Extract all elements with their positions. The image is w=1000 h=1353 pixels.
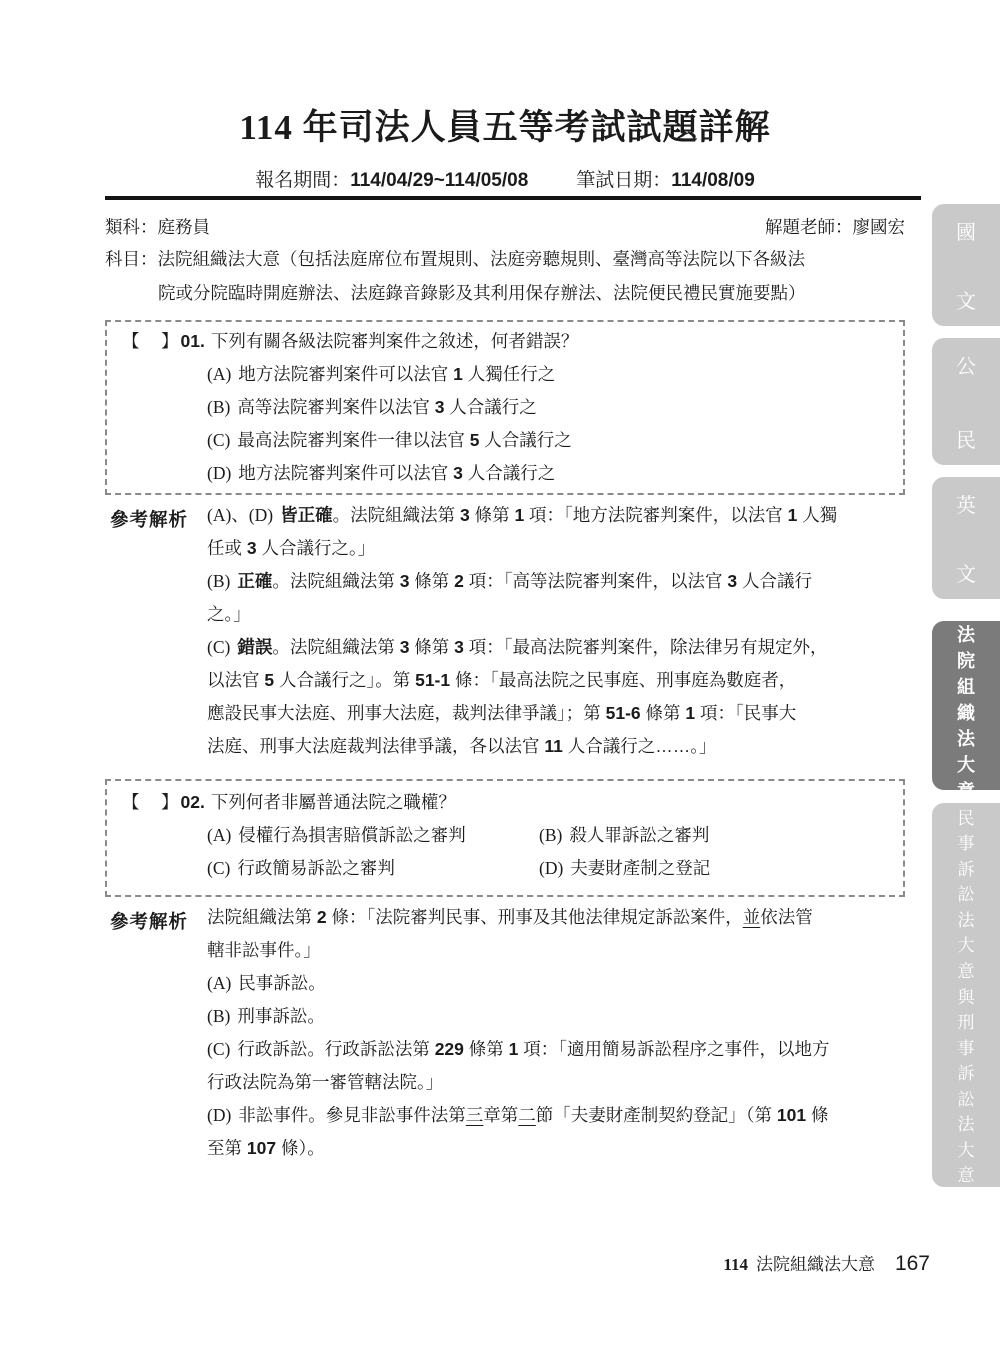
- footer-page-number: 167: [895, 1252, 930, 1275]
- option-row: (A)侵權行為損害賠償訴訟之審判 (B)殺人罪訴訟之審判: [207, 819, 903, 852]
- option-row: (C)最高法院審判案件一律以法官 5 人合議行之: [207, 424, 903, 457]
- question-box-1: 【 】01.下列有關各級法院審判案件之敘述，何者錯誤？ (A)地方法院審判案件可…: [105, 320, 905, 495]
- line-marker: (B): [207, 1006, 230, 1026]
- line-text: 以法官 5 人合議行之」。第 51-1 條：「最高法院之民事庭、刑事庭為數庭者，: [207, 670, 796, 690]
- line-text: 應設民事大法庭、刑事大法庭，裁判法律爭議」；第 51-6 條第 1 項：「民事大: [207, 703, 796, 723]
- option-marker: (C): [207, 858, 230, 878]
- page-title: 114 年司法人員五等考試試題詳解: [105, 100, 905, 150]
- analysis-line: 之。」: [207, 598, 910, 631]
- question-1-options: (A)地方法院審判案件可以法官 1 人獨任行之 (B)高等法院審判案件以法官 3…: [122, 358, 903, 490]
- analysis-line: (A)、(D)皆正確。法院組織法第 3 條第 1 項：「地方法院審判案件，以法官…: [207, 499, 910, 532]
- analysis-lines: (A)、(D)皆正確。法院組織法第 3 條第 1 項：「地方法院審判案件，以法官…: [207, 499, 910, 763]
- analysis-lines: 法院組織法第 2 條：「法院審判民事、刑事及其他法律規定訴訟案件，並依法管 轄非…: [207, 901, 910, 1165]
- line-text: 至第 107 條）。: [207, 1138, 325, 1158]
- line-text: 章第: [483, 1105, 518, 1125]
- line-text: 非訟事件。參見非訟事件法第: [238, 1105, 466, 1125]
- question-box-2: 【 】02.下列何者非屬普通法院之職權？ (A)侵權行為損害賠償訴訟之審判 (B…: [105, 779, 905, 897]
- footer-year: 114: [723, 1255, 748, 1274]
- option-row: (C)行政簡易訴訟之審判 (D)夫妻財產制之登記: [207, 852, 903, 885]
- analysis-label: 參考解析: [110, 905, 188, 938]
- verdict-text: 錯誤: [237, 637, 272, 657]
- tab-label: 民事訴訟法大意與刑事訴訟法大意: [932, 803, 1000, 1187]
- option-cell: (A)侵權行為損害賠償訴訟之審判: [207, 819, 539, 852]
- analysis-line: 任或 3 人合議行之。」: [207, 532, 910, 565]
- line-text: 刑事訴訟。: [237, 1006, 325, 1026]
- answer-bracket: 【 】: [122, 792, 181, 812]
- tab-label: 英文: [932, 477, 1000, 599]
- line-text: 依法管: [760, 907, 813, 927]
- option-cell: (D)夫妻財產制之登記: [539, 852, 710, 885]
- analysis-label: 參考解析: [110, 503, 188, 536]
- verdict-text: 皆正確: [280, 505, 333, 525]
- analysis-line: (C)錯誤。法院組織法第 3 條第 3 項：「最高法院審判案件，除法律另有規定外…: [207, 631, 910, 664]
- underlined-text: 三: [466, 1105, 484, 1125]
- option-marker: (B): [539, 825, 562, 845]
- exam-dates-line: 報名期間：114/04/29~114/05/08 筆試日期：114/08/09: [105, 165, 905, 192]
- line-text: 。法院組織法第 3 條第 3 項：「最高法院審判案件，除法律另有規定外，: [272, 637, 827, 657]
- option-marker: (D): [539, 858, 563, 878]
- book-page: 114 年司法人員五等考試試題詳解 報名期間：114/04/29~114/05/…: [0, 0, 1000, 1353]
- question-number: 02.: [181, 792, 205, 812]
- analysis-line: 至第 107 條）。: [207, 1132, 910, 1165]
- page-footer: 114法院組織法大意167: [105, 1250, 930, 1276]
- option-text: 侵權行為損害賠償訴訟之審判: [238, 825, 466, 845]
- option-row: (A)地方法院審判案件可以法官 1 人獨任行之: [207, 358, 903, 391]
- teacher-label: 解題老師：廖國宏: [765, 212, 905, 242]
- line-marker: (D): [207, 1105, 231, 1125]
- option-text: 最高法院審判案件一律以法官 5 人合議行之: [237, 430, 571, 450]
- option-marker: (A): [207, 825, 231, 845]
- subject-text-1: 法院組織法大意（包括法庭席位布置規則、法庭旁聽規則、臺灣高等法院以下各級法: [158, 249, 806, 269]
- line-marker: (B): [207, 571, 230, 591]
- tab-english: 英文: [932, 477, 1000, 599]
- option-text: 行政簡易訴訟之審判: [237, 858, 395, 878]
- analysis-block-1: 參考解析 (A)、(D)皆正確。法院組織法第 3 條第 1 項：「地方法院審判案…: [110, 499, 910, 763]
- analysis-line: (B)正確。法院組織法第 3 條第 2 項：「高等法院審判案件，以法官 3 人合…: [207, 565, 910, 598]
- line-text: 任或 3 人合議行之。」: [207, 538, 375, 558]
- line-marker: (A): [207, 973, 231, 993]
- tab-civil-criminal-procedure: 民事訴訟法大意與刑事訴訟法大意: [932, 803, 1000, 1187]
- line-text: 法院組織法第 2 條：「法院審判民事、刑事及其他法律規定訴訟案件，: [207, 907, 743, 927]
- option-marker: (A): [207, 364, 231, 384]
- underlined-text: 並: [743, 907, 761, 927]
- tab-chinese: 國文: [932, 204, 1000, 326]
- line-text: 。法院組織法第 3 條第 1 項：「地方法院審判案件，以法官 1 人獨: [333, 505, 838, 525]
- tab-label: 法院組織法大意: [932, 621, 1000, 790]
- tab-court-organization-act: 法院組織法大意: [932, 621, 1000, 790]
- header-rule: [105, 196, 921, 200]
- line-text: 法庭、刑事大法庭裁判法律爭議，各以法官 11 人合議行之……。」: [207, 736, 717, 756]
- question-text: 下列有關各級法院審判案件之敘述，何者錯誤？: [211, 331, 579, 351]
- option-cell: (B)殺人罪訴訟之審判: [539, 819, 709, 852]
- subject-block: 科目：法院組織法大意（包括法庭席位布置規則、法庭旁聽規則、臺灣高等法院以下各級法…: [105, 242, 925, 310]
- analysis-line: (B)刑事訴訟。: [207, 1000, 910, 1033]
- line-text: 節「夫妻財產制契約登記」（第 101 條: [536, 1105, 829, 1125]
- option-row: (D)地方法院審判案件可以法官 3 人合議行之: [207, 457, 903, 490]
- exam-date: 筆試日期：114/08/09: [576, 165, 755, 192]
- category-label: 類科：庭務員: [105, 212, 210, 242]
- analysis-line: 以法官 5 人合議行之」。第 51-1 條：「最高法院之民事庭、刑事庭為數庭者，: [207, 664, 910, 697]
- line-marker: (C): [207, 637, 230, 657]
- analysis-line: (D)非訟事件。參見非訟事件法第三章第二節「夫妻財產制契約登記」（第 101 條: [207, 1099, 910, 1132]
- line-text: 民事訴訟。: [238, 973, 326, 993]
- underlined-text: 二: [518, 1105, 536, 1125]
- option-marker: (D): [207, 463, 231, 483]
- line-marker: (A)、(D): [207, 505, 273, 525]
- option-text: 夫妻財產制之登記: [570, 858, 710, 878]
- question-2-header: 【 】02.下列何者非屬普通法院之職權？: [122, 786, 903, 819]
- option-row: (B)高等法院審判案件以法官 3 人合議行之: [207, 391, 903, 424]
- option-text: 地方法院審判案件可以法官 3 人合議行之: [238, 463, 555, 483]
- option-marker: (C): [207, 430, 230, 450]
- analysis-line: 應設民事大法庭、刑事大法庭，裁判法律爭議」；第 51-6 條第 1 項：「民事大: [207, 697, 910, 730]
- verdict-text: 正確: [237, 571, 272, 591]
- analysis-line: 法庭、刑事大法庭裁判法律爭議，各以法官 11 人合議行之……。」: [207, 730, 910, 763]
- analysis-line: (A)民事訴訟。: [207, 967, 910, 1000]
- line-text: 行政訴訟。行政訴訟法第 229 條第 1 項：「適用簡易訴訟程序之事件，以地方: [237, 1039, 829, 1059]
- tab-label: 公民: [932, 338, 1000, 465]
- subject-line-2: 院或分院臨時開庭辦法、法庭錄音錄影及其利用保存辦法、法院便民禮民實施要點）: [105, 276, 925, 310]
- answer-bracket: 【 】: [122, 331, 181, 351]
- registration-period: 報名期間：114/04/29~114/05/08: [255, 165, 528, 192]
- subject-line-1: 科目：法院組織法大意（包括法庭席位布置規則、法庭旁聽規則、臺灣高等法院以下各級法: [105, 242, 925, 276]
- option-cell: (C)行政簡易訴訟之審判: [207, 852, 539, 885]
- option-text: 地方法院審判案件可以法官 1 人獨任行之: [238, 364, 555, 384]
- question-1-header: 【 】01.下列有關各級法院審判案件之敘述，何者錯誤？: [122, 325, 903, 358]
- analysis-line: (C)行政訴訟。行政訴訟法第 229 條第 1 項：「適用簡易訴訟程序之事件，以…: [207, 1033, 910, 1066]
- footer-subject: 法院組織法大意: [756, 1255, 875, 1274]
- line-text: 行政法院為第一審管轄法院。」: [207, 1072, 443, 1092]
- subject-label: 科目：: [105, 249, 158, 269]
- question-2-options: (A)侵權行為損害賠償訴訟之審判 (B)殺人罪訴訟之審判 (C)行政簡易訴訟之審…: [122, 819, 903, 885]
- option-text: 殺人罪訴訟之審判: [569, 825, 709, 845]
- analysis-line: 轄非訟事件。」: [207, 934, 910, 967]
- question-number: 01.: [181, 331, 205, 351]
- question-text: 下列何者非屬普通法院之職權？: [211, 792, 456, 812]
- option-text: 高等法院審判案件以法官 3 人合議行之: [237, 397, 536, 417]
- option-marker: (B): [207, 397, 230, 417]
- meta-row: 類科：庭務員 解題老師：廖國宏: [105, 212, 905, 242]
- tab-civics: 公民: [932, 338, 1000, 465]
- analysis-line: 法院組織法第 2 條：「法院審判民事、刑事及其他法律規定訴訟案件，並依法管: [207, 901, 910, 934]
- line-marker: (C): [207, 1039, 230, 1059]
- tab-label: 國文: [932, 204, 1000, 326]
- analysis-line: 行政法院為第一審管轄法院。」: [207, 1066, 910, 1099]
- line-text: 。法院組織法第 3 條第 2 項：「高等法院審判案件，以法官 3 人合議行: [272, 571, 812, 591]
- line-text: 轄非訟事件。」: [207, 940, 321, 960]
- analysis-block-2: 參考解析 法院組織法第 2 條：「法院審判民事、刑事及其他法律規定訴訟案件，並依…: [110, 901, 910, 1165]
- line-text: 之。」: [207, 604, 251, 624]
